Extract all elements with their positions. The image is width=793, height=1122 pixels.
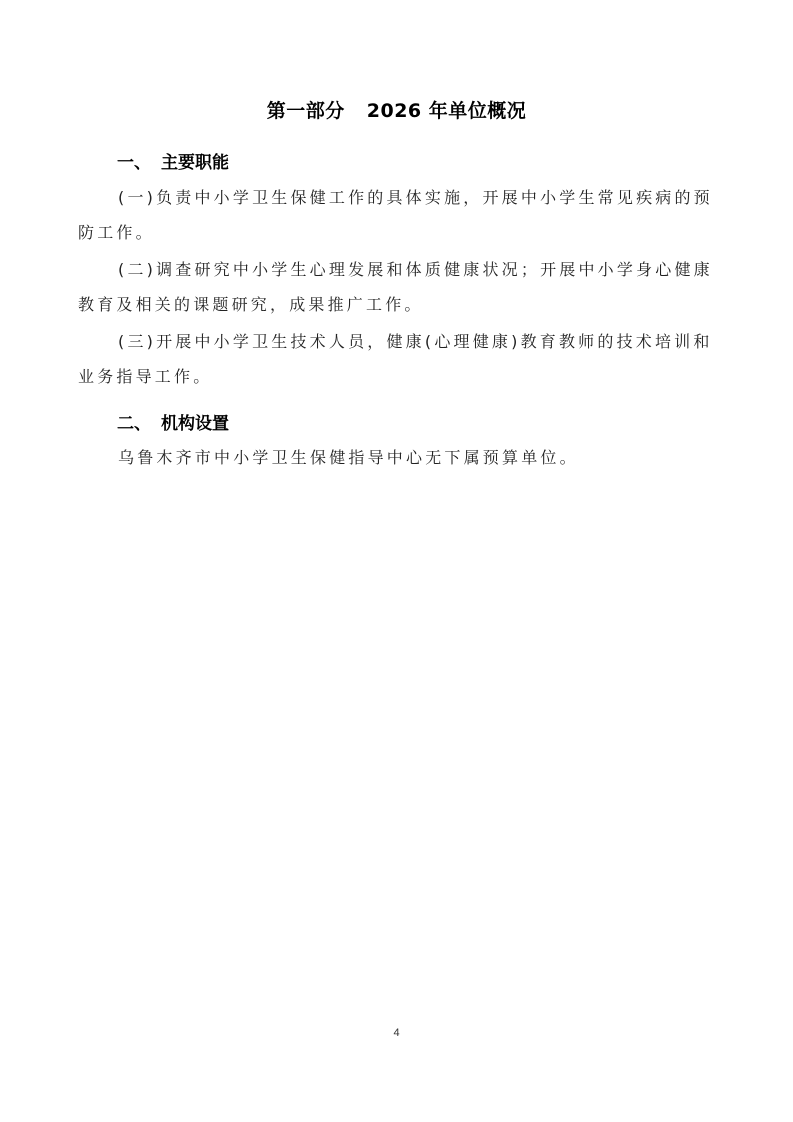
section-heading-functions: 一、主要职能: [117, 148, 229, 173]
paragraph-function-1: (一)负责中小学卫生保健工作的具体实施，开展中小学生常见疾病的预防工作。: [78, 180, 720, 250]
paragraph-function-3: (三)开展中小学卫生技术人员，健康(心理健康)教育教师的技术培训和业务指导工作。: [78, 324, 720, 394]
document-page: 第一部分2026 年单位概况 一、主要职能 (一)负责中小学卫生保健工作的具体实…: [0, 0, 793, 1122]
title-part: 第一部分: [267, 100, 345, 122]
page-number: 4: [0, 1027, 793, 1039]
paragraph-organization: 乌鲁木齐市中小学卫生保健指导中心无下属预算单位。: [78, 440, 720, 475]
section-number: 二、: [117, 409, 161, 434]
title-rest: 2026 年单位概况: [367, 100, 527, 122]
section-number: 一、: [117, 148, 161, 173]
page-title: 第一部分2026 年单位概况: [0, 96, 793, 123]
section-heading-organization: 二、机构设置: [117, 409, 229, 434]
paragraph-function-2: (二)调查研究中小学生心理发展和体质健康状况；开展中小学身心健康教育及相关的课题…: [78, 252, 720, 322]
section-title: 机构设置: [161, 414, 229, 434]
section-title: 主要职能: [161, 153, 229, 173]
